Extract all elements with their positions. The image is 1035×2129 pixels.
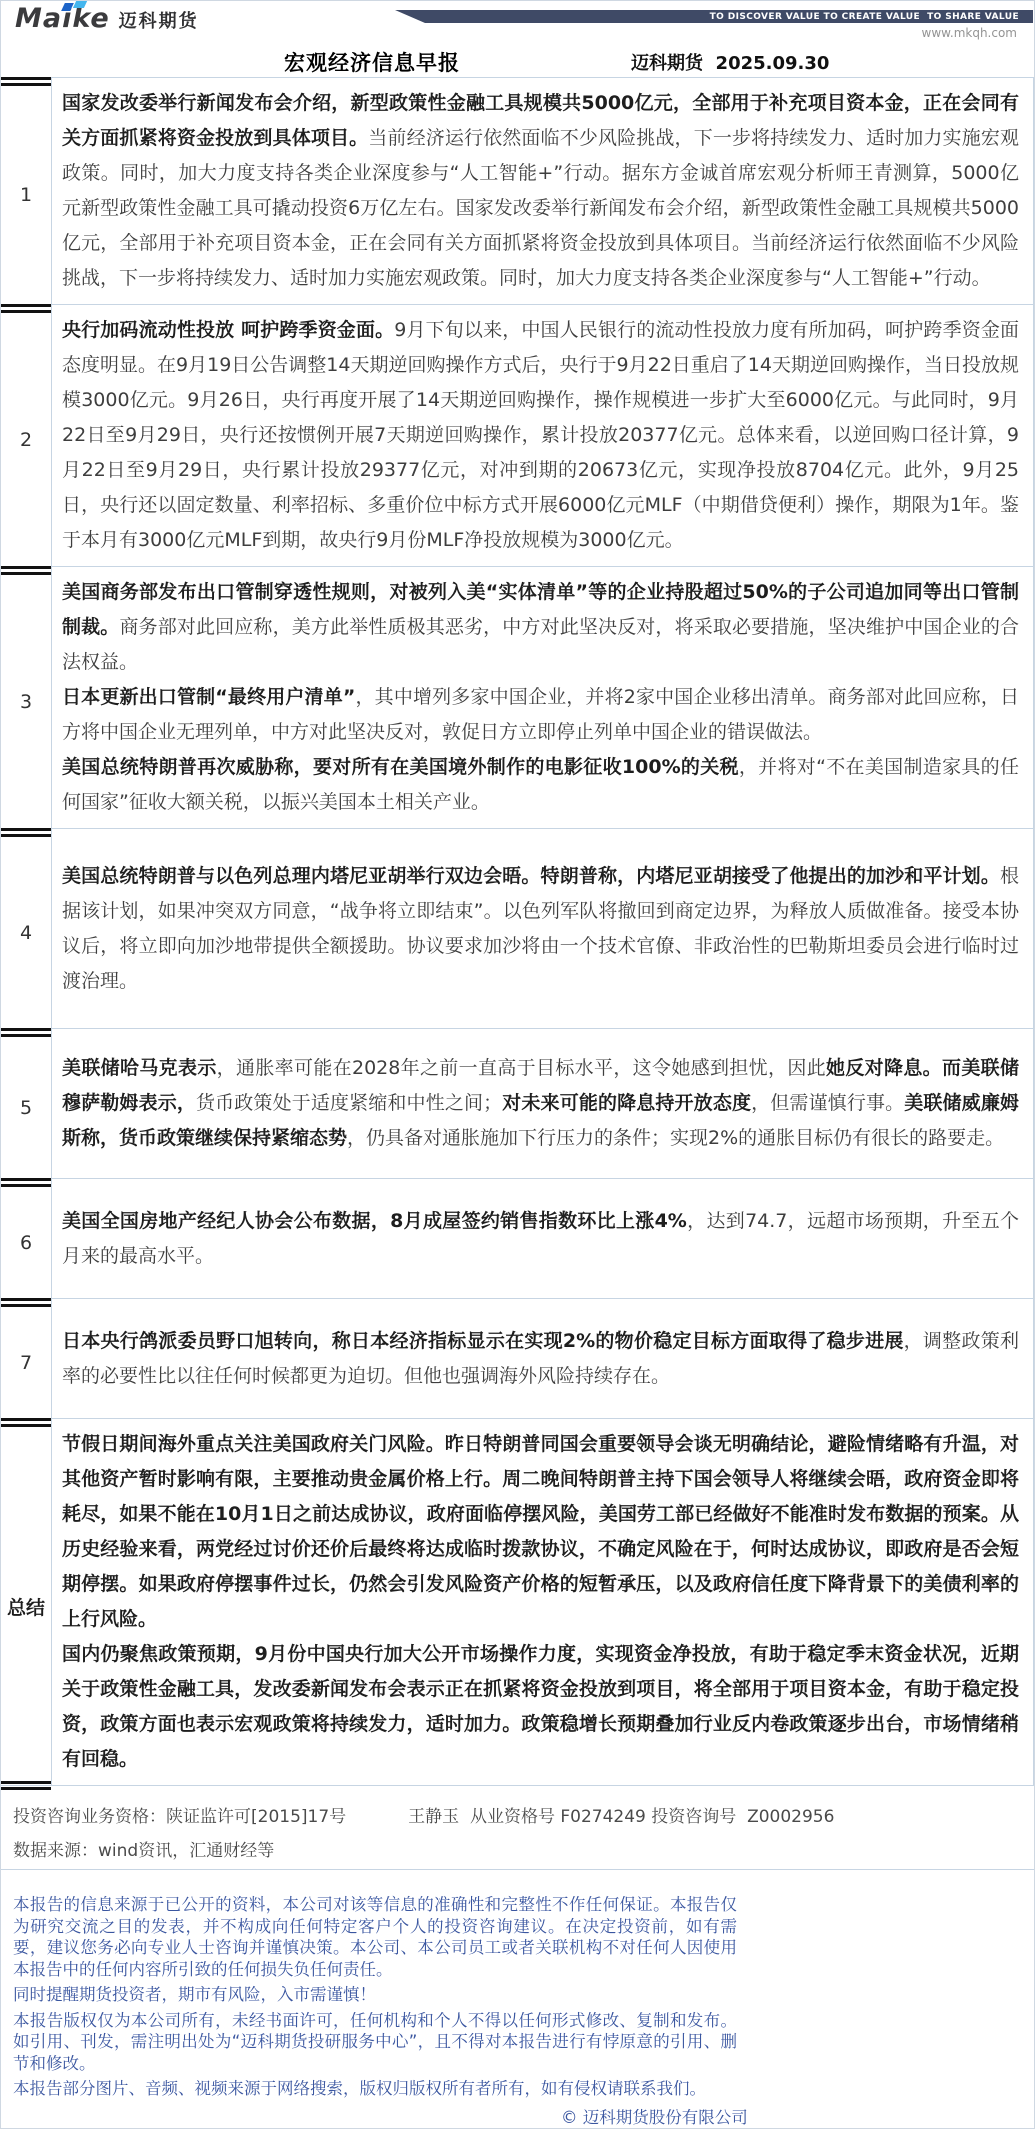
news-paragraph: 美联储哈马克表示，通胀率可能在2028年之前一直高于目标水平，这令她感到担忧，因…	[62, 1051, 1019, 1156]
news-paragraph: 国家发改委举行新闻发布会介绍，新型政策性金融工具规模共5000亿元，全部用于补充…	[62, 86, 1019, 296]
news-highlight-text: 美国总统特朗普再次威胁称，要对所有在美国境外制作的电影征收100%的关税	[62, 756, 739, 778]
news-row: 7 日本央行鸽派委员野口旭转向，称日本经济指标显示在实现2%的物价稳定目标方面取…	[1, 1298, 1034, 1418]
row-number: 6	[1, 1178, 51, 1298]
news-text: 9月下旬以来，中国人民银行的流动性投放力度有所加码，呵护跨季资金面态度明显。在9…	[62, 319, 1019, 551]
row-content: 国家发改委举行新闻发布会介绍，新型政策性金融工具规模共5000亿元，全部用于补充…	[51, 77, 1034, 304]
row-content: 日本央行鸽派委员野口旭转向，称日本经济指标显示在实现2%的物价稳定目标方面取得了…	[51, 1298, 1034, 1418]
data-source-text: 数据来源：wind资讯，汇通财经等	[13, 1841, 274, 1861]
logo-spark-icon	[63, 0, 93, 11]
row-content: 美国全国房地产经纪人协会公布数据，8月成屋签约销售指数环比上涨4%，达到74.7…	[51, 1178, 1034, 1298]
news-text: ，但需谨慎行事。	[751, 1092, 904, 1114]
qualification-text: 投资咨询业务资格：陕证监许可[2015]17号	[13, 1807, 346, 1827]
news-row: 6 美国全国房地产经纪人协会公布数据，8月成屋签约销售指数环比上涨4%，达到74…	[1, 1178, 1034, 1298]
news-highlight-text: 美国总统特朗普与以色列总理内塔尼亚胡举行双边会晤。特朗普称，内塔尼亚胡接受了他提…	[62, 865, 1000, 887]
news-paragraph: 美国总统特朗普再次威胁称，要对所有在美国境外制作的电影征收100%的关税，并将对…	[62, 750, 1019, 820]
table-bottom-border	[1, 1785, 1034, 1786]
analyst-credentials: 王静玉 从业资格号 F0274249 投资咨询号 Z0002956	[408, 1807, 834, 1827]
news-highlight-text: 日本更新出口管制“最终用户清单”	[62, 686, 355, 708]
news-highlight-text: 美联储哈马克表示	[62, 1057, 217, 1079]
logo-company-name: 迈科期货	[119, 7, 199, 33]
news-text: ，通胀率可能在2028年之前一直高于目标水平，这令她感到担忧，因此	[217, 1057, 826, 1079]
news-row: 总结 节假日期间海外重点关注美国政府关门风险。昨日特朗普同国会重要领导会谈无明确…	[1, 1418, 1034, 1785]
report-date: 2025.09.30	[716, 53, 830, 74]
news-paragraph: 日本央行鸽派委员野口旭转向，称日本经济指标显示在实现2%的物价稳定目标方面取得了…	[62, 1324, 1019, 1394]
news-table: 1 国家发改委举行新闻发布会介绍，新型政策性金融工具规模共5000亿元，全部用于…	[1, 77, 1034, 1786]
brand-header: Maike 迈科期货 TO DISCOVER VALUE TO CREATE V…	[1, 1, 1034, 41]
disclaimer-section: 本报告的信息来源于已公开的资料，本公司对该等信息的准确性和完整性不作任何保证。本…	[1, 1870, 1034, 2128]
company-logo: Maike 迈科期货	[15, 3, 199, 34]
news-paragraph: 美国全国房地产经纪人协会公布数据，8月成屋签约销售指数环比上涨4%，达到74.7…	[62, 1204, 1019, 1274]
news-highlight-text: 国内仍聚焦政策预期，9月份中国央行加大公开市场操作力度，实现资金净投放，有助于稳…	[62, 1643, 1019, 1770]
row-number: 3	[1, 566, 51, 828]
news-paragraph: 美国商务部发布出口管制穿透性规则，对被列入美“实体清单”等的企业持股超过50%的…	[62, 575, 1019, 680]
row-number: 7	[1, 1298, 51, 1418]
news-highlight-text: 美国全国房地产经纪人协会公布数据，8月成屋签约销售指数环比上涨4%	[62, 1210, 687, 1232]
news-row: 4 美国总统特朗普与以色列总理内塔尼亚胡举行双边会晤。特朗普称，内塔尼亚胡接受了…	[1, 828, 1034, 1028]
media-source-paragraph: 本报告部分图片、音频、视频来源于网络搜索，版权归版权所有者所有，如有侵权请联系我…	[13, 2078, 737, 2100]
news-highlight-text: 日本央行鸽派委员野口旭转向，称日本经济指标显示在实现2%的物价稳定目标方面取得了…	[62, 1330, 904, 1352]
news-text: 货币政策处于适度紧缩和中性之间；	[196, 1092, 502, 1114]
news-text: 当前经济运行依然面临不少风险挑战，下一步将持续发力、适时加力实施宏观政策。同时，…	[62, 127, 1019, 289]
row-content: 节假日期间海外重点关注美国政府关门风险。昨日特朗普同国会重要领导会谈无明确结论，…	[51, 1418, 1034, 1785]
row-number: 1	[1, 77, 51, 304]
news-paragraph: 央行加码流动性投放 呵护跨季资金面。9月下旬以来，中国人民银行的流动性投放力度有…	[62, 313, 1019, 558]
news-row: 2 央行加码流动性投放 呵护跨季资金面。9月下旬以来，中国人民银行的流动性投放力…	[1, 304, 1034, 566]
row-content: 美联储哈马克表示，通胀率可能在2028年之前一直高于目标水平，这令她感到担忧，因…	[51, 1028, 1034, 1178]
row-number: 5	[1, 1028, 51, 1178]
news-row: 1 国家发改委举行新闻发布会介绍，新型政策性金融工具规模共5000亿元，全部用于…	[1, 77, 1034, 304]
news-paragraph: 日本更新出口管制“最终用户清单”，其中增列多家中国企业，并将2家中国企业移出清单…	[62, 680, 1019, 750]
page-title: 宏观经济信息早报	[284, 47, 460, 77]
news-paragraph: 美国总统特朗普与以色列总理内塔尼亚胡举行双边会晤。特朗普称，内塔尼亚胡接受了他提…	[62, 859, 1019, 999]
row-content: 央行加码流动性投放 呵护跨季资金面。9月下旬以来，中国人民银行的流动性投放力度有…	[51, 304, 1034, 566]
slogan-banner: TO DISCOVER VALUE TO CREATE VALUE TO SHA…	[395, 10, 1033, 23]
news-row: 5 美联储哈马克表示，通胀率可能在2028年之前一直高于目标水平，这令她感到担忧…	[1, 1028, 1034, 1178]
data-source-line: 数据来源：wind资讯，汇通财经等	[13, 1836, 1022, 1861]
website-link[interactable]: www.mkqh.com	[395, 26, 1033, 40]
row-number: 2	[1, 304, 51, 566]
report-source-date: 迈科期货 2025.09.30	[631, 49, 829, 75]
report-source: 迈科期货	[631, 53, 703, 74]
row-number: 4	[1, 828, 51, 1028]
row-number: 总结	[1, 1418, 51, 1785]
news-paragraph: 国内仍聚焦政策预期，9月份中国央行加大公开市场操作力度，实现资金净投放，有助于稳…	[62, 1637, 1019, 1777]
copyright-notice-paragraph: 本报告版权仅为本公司所有，未经书面许可，任何机构和个人不得以任何形式修改、复制和…	[13, 2010, 737, 2075]
slogan-text: TO DISCOVER VALUE TO CREATE VALUE TO SHA…	[710, 12, 1019, 22]
qualification-line: 投资咨询业务资格：陕证监许可[2015]17号王静玉 从业资格号 F027424…	[13, 1802, 1022, 1827]
news-highlight-text: 央行加码流动性投放 呵护跨季资金面。	[62, 319, 394, 341]
news-row: 3 美国商务部发布出口管制穿透性规则，对被列入美“实体清单”等的企业持股超过50…	[1, 566, 1034, 828]
row-content: 美国商务部发布出口管制穿透性规则，对被列入美“实体清单”等的企业持股超过50%的…	[51, 566, 1034, 828]
news-paragraph: 节假日期间海外重点关注美国政府关门风险。昨日特朗普同国会重要领导会谈无明确结论，…	[62, 1427, 1019, 1637]
logo-spark-light-icon	[73, 0, 88, 8]
company-copyright: © 迈科期货股份有限公司	[561, 2107, 1022, 2129]
banner-area: TO DISCOVER VALUE TO CREATE VALUE TO SHA…	[395, 10, 1033, 40]
footer-info: 投资咨询业务资格：陕证监许可[2015]17号王静玉 从业资格号 F027424…	[1, 1786, 1034, 1870]
disclaimer-paragraph: 本报告的信息来源于已公开的资料，本公司对该等信息的准确性和完整性不作任何保证。本…	[13, 1894, 737, 1980]
risk-reminder: 同时提醒期货投资者，期市有风险，入市需谨慎！	[13, 1984, 737, 2006]
news-highlight-text: 对未来可能的降息持开放态度	[502, 1092, 751, 1114]
title-bar: 宏观经济信息早报 迈科期货 2025.09.30	[1, 41, 1034, 77]
row-content: 美国总统特朗普与以色列总理内塔尼亚胡举行双边会晤。特朗普称，内塔尼亚胡接受了他提…	[51, 828, 1034, 1028]
news-text: 商务部对此回应称，美方此举性质极其恶劣，中方对此坚决反对，将采取必要措施，坚决维…	[62, 616, 1019, 673]
report-page: Maike 迈科期货 TO DISCOVER VALUE TO CREATE V…	[0, 0, 1035, 2129]
news-text: ，仍具备对通胀施加下行压力的条件；实现2%的通胀目标仍有很长的路要走。	[347, 1127, 1004, 1149]
news-highlight-text: 节假日期间海外重点关注美国政府关门风险。昨日特朗普同国会重要领导会谈无明确结论，…	[62, 1433, 1019, 1630]
